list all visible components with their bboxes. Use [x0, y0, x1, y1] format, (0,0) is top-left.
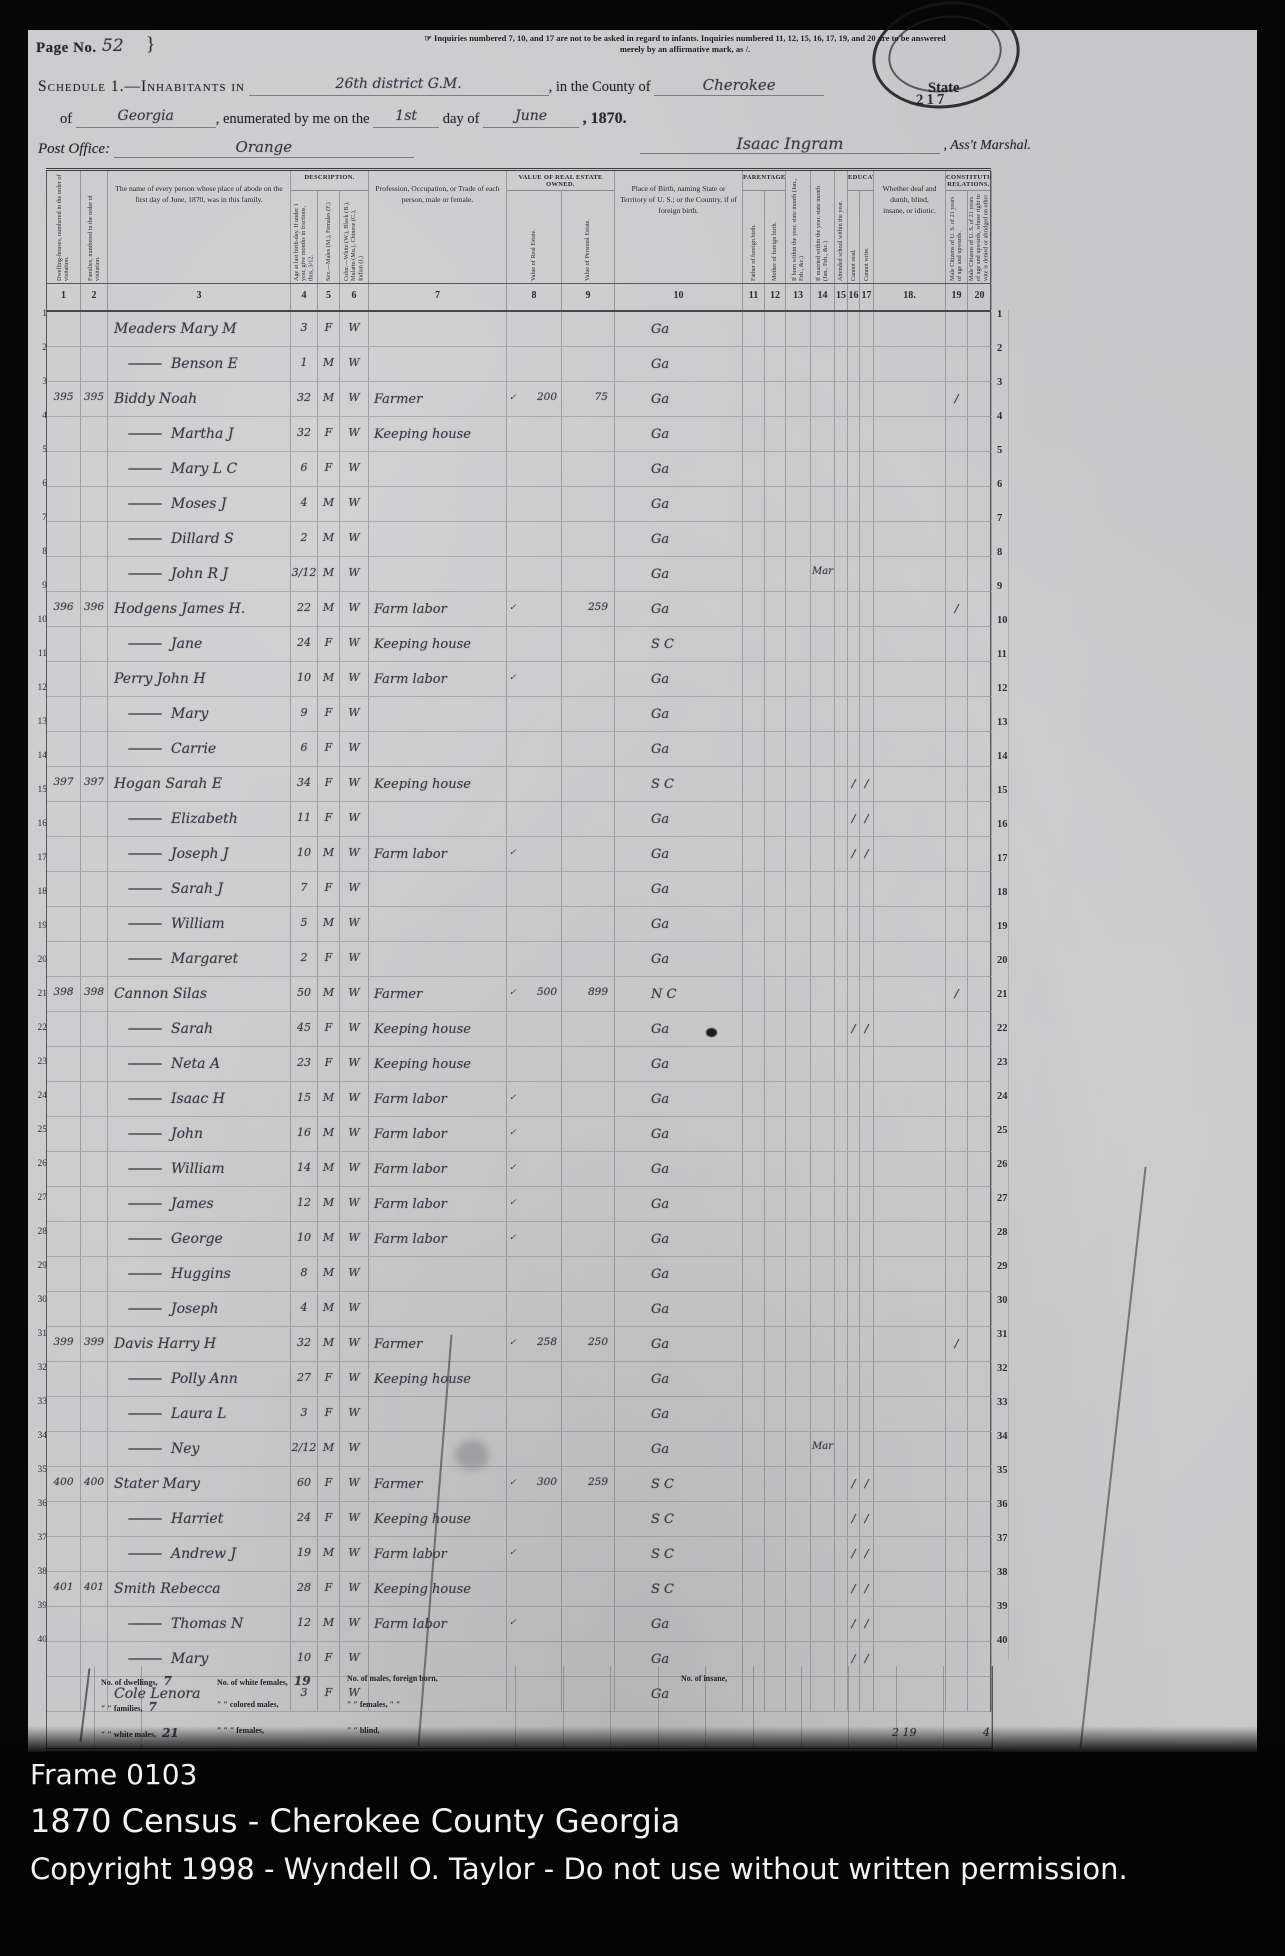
cell-c16 [848, 942, 860, 976]
column-number-13: 13 [786, 284, 811, 310]
cell-fam [81, 942, 108, 976]
cell-sex: M [318, 1117, 340, 1151]
cell-c19 [946, 1012, 968, 1046]
cell-c18 [874, 662, 946, 696]
cell-c18 [874, 487, 946, 521]
cell-pe [562, 417, 615, 451]
cell-c17 [860, 1117, 874, 1151]
cell-c16 [848, 487, 860, 521]
table-row: Benson E1MWGa [47, 347, 990, 382]
cell-c17 [860, 1362, 874, 1396]
ditto-dash [128, 1448, 162, 1450]
cell-value: M [318, 531, 339, 544]
cell-c11 [743, 1607, 765, 1641]
table-row: George10MWFarm labor✓Ga [47, 1222, 990, 1257]
cell-c17 [860, 977, 874, 1011]
cell-occ [369, 312, 507, 346]
check-mark-icon: ✓ [509, 1162, 517, 1173]
cell-value: W [340, 1161, 368, 1174]
cell-birth: S C [615, 1572, 743, 1606]
column-header-1: Dwelling-houses, numbered in the order o… [47, 171, 81, 283]
cell-fam: 399 [81, 1327, 108, 1361]
column-number-row: 123456789101112131415161718.1920 [46, 283, 991, 312]
cell-value: F [318, 426, 339, 439]
cell-value: Ga [651, 1442, 669, 1457]
cell-fam [81, 417, 108, 451]
cell-name: Carrie [108, 732, 291, 766]
person-name: Jane [171, 636, 202, 652]
cell-value: Mar [811, 1441, 834, 1452]
cell-sex: F [318, 872, 340, 906]
cell-occ: Farm labor [369, 1082, 507, 1116]
cell-value: Ga [651, 1337, 669, 1352]
column-header-7: Profession, Occupation, or Trade of each… [369, 171, 507, 283]
cell-c18 [874, 627, 946, 661]
cell-value: Farm labor [374, 1547, 447, 1562]
row-number: 2 [29, 340, 47, 374]
cell-age: 10 [291, 1222, 318, 1256]
column-header-text: Attended school within the year. [837, 173, 844, 281]
cell-value: 16 [291, 1126, 317, 1139]
cell-c12 [765, 1187, 786, 1221]
cell-re [507, 452, 562, 486]
cell-c12 [765, 592, 786, 626]
cell-value: M [318, 1301, 339, 1314]
cell-dw [47, 522, 81, 556]
cell-pe [562, 837, 615, 871]
cell-value: 250 [562, 1336, 614, 1348]
cell-birth: Ga [615, 907, 743, 941]
cell-c15 [835, 382, 848, 416]
cell-c17 [860, 522, 874, 556]
check-mark-icon: ✓ [509, 1092, 517, 1103]
table-row: 395395Biddy Noah32MWFarmer✓20075Ga/ [47, 382, 990, 417]
ditto-dash [128, 503, 162, 505]
cell-value: 3 [291, 321, 317, 334]
ditto-dash [128, 573, 162, 575]
cell-value: W [340, 1546, 368, 1559]
column-header-text: Father of foreign birth. [750, 193, 757, 281]
cell-value: / [848, 776, 859, 790]
check-mark-icon: ✓ [509, 1197, 517, 1208]
ditto-dash [128, 818, 162, 820]
cell-c15 [835, 417, 848, 451]
column-header-text: Age at last birth-day. If under 1 year, … [293, 193, 314, 281]
cell-occ: Keeping house [369, 1362, 507, 1396]
cell-sex: M [318, 1432, 340, 1466]
cell-c11 [743, 1257, 765, 1291]
cell-value: 28 [291, 1581, 317, 1594]
cell-c18 [874, 1537, 946, 1571]
person-name: Smith Rebecca [114, 1581, 221, 1597]
cell-re: ✓ [507, 662, 562, 696]
cell-c19 [946, 1082, 968, 1116]
cell-sex: M [318, 487, 340, 521]
cell-birth: Ga [615, 592, 743, 626]
cell-birth: S C [615, 1467, 743, 1501]
ditto-dash [128, 1273, 162, 1275]
cell-value: M [318, 391, 339, 404]
row-number: 38 [29, 1564, 47, 1598]
cell-value: Farmer [374, 1337, 422, 1352]
person-name: Elizabeth [171, 811, 238, 827]
cell-c19 [946, 732, 968, 766]
totals-label: No. of dwellings, [101, 1678, 157, 1687]
cell-color: W [340, 627, 369, 661]
cell-c15 [835, 907, 848, 941]
cell-c18 [874, 1257, 946, 1291]
person-name: Mary [171, 706, 208, 722]
cell-dw [47, 487, 81, 521]
row-number: 22 [29, 1020, 47, 1054]
cell-occ [369, 522, 507, 556]
cell-value: / [848, 846, 859, 860]
row-number: 19 [29, 918, 47, 952]
cell-c11 [743, 1187, 765, 1221]
column-header-text: Color.—White (W.), Black (B.), Mulatto (… [343, 193, 364, 281]
cell-sex: M [318, 1607, 340, 1641]
person-name: Dillard S [171, 531, 234, 547]
cell-c11 [743, 1467, 765, 1501]
cell-value: 45 [291, 1021, 317, 1034]
cell-c18 [874, 522, 946, 556]
person-name: Mary [171, 1651, 208, 1667]
cell-c19 [946, 417, 968, 451]
photo-left-border [0, 0, 28, 1766]
cell-c16 [848, 1187, 860, 1221]
totals-value: 7 [163, 1674, 171, 1688]
cell-c14 [811, 907, 835, 941]
person-name: Neta A [171, 1056, 220, 1072]
cell-value: Ga [651, 1197, 669, 1212]
cell-value: 10 [291, 671, 317, 684]
cell-pe [562, 1257, 615, 1291]
row-number: 24 [29, 1088, 47, 1122]
cell-value: W [340, 741, 368, 754]
cell-name: Dillard S [108, 522, 291, 556]
cell-c17: / [860, 1502, 874, 1536]
cell-pe [562, 1117, 615, 1151]
cell-c15 [835, 1222, 848, 1256]
cell-value: Farmer [374, 1477, 422, 1492]
cell-sex: F [318, 767, 340, 801]
cell-value: Ga [651, 1057, 669, 1072]
census-table: DESCRIPTION.VALUE OF REAL ESTATE OWNED.P… [46, 168, 991, 1712]
cell-c19 [946, 1257, 968, 1291]
check-mark-icon: ✓ [509, 392, 517, 403]
cell-value: F [318, 461, 339, 474]
month-value: June [515, 108, 547, 124]
person-name: Biddy Noah [114, 391, 197, 407]
cell-value: Keeping house [374, 1582, 471, 1597]
pointing-hand-icon: ☞ [424, 33, 432, 43]
column-header-4: Age at last birth-day. If under 1 year, … [291, 191, 318, 283]
cell-birth: Ga [615, 522, 743, 556]
cell-c16 [848, 907, 860, 941]
cell-value: Ga [651, 1617, 669, 1632]
cell-occ: Farmer [369, 1327, 507, 1361]
cell-value: W [340, 1196, 368, 1209]
cell-dw [47, 662, 81, 696]
cell-pe [562, 1152, 615, 1186]
cell-pe [562, 1502, 615, 1536]
cell-value: F [318, 1406, 339, 1419]
cell-dw [47, 452, 81, 486]
cell-value: F [318, 741, 339, 754]
cell-value: 27 [291, 1371, 317, 1384]
table-row: John R J3/12MWGaMar [47, 557, 990, 592]
cell-c16 [848, 627, 860, 661]
cell-occ [369, 1292, 507, 1326]
cell-occ [369, 732, 507, 766]
cell-value: 2 [291, 951, 317, 964]
column-header-text: Cannot read. [850, 193, 857, 281]
cell-birth: Ga [615, 557, 743, 591]
cell-c19 [946, 1572, 968, 1606]
cell-age: 24 [291, 627, 318, 661]
cell-color: W [340, 732, 369, 766]
cell-age: 9 [291, 697, 318, 731]
ditto-dash [128, 1308, 162, 1310]
cell-c16 [848, 1327, 860, 1361]
table-row: James12MWFarm labor✓Ga [47, 1187, 990, 1222]
cell-c19 [946, 802, 968, 836]
page-number-value: 52 [102, 36, 124, 56]
cell-name: Ney [108, 1432, 291, 1466]
cell-c20 [968, 1502, 992, 1536]
cell-c20 [968, 522, 992, 556]
enumeration-line: of Georgia, enumerated by me on the 1st … [60, 108, 627, 128]
cell-fam [81, 1397, 108, 1431]
cell-c17 [860, 1292, 874, 1326]
cell-c20 [968, 592, 992, 626]
marshal-line: Isaac Ingram , Ass't Marshal. [640, 134, 1031, 154]
cell-c15 [835, 1292, 848, 1326]
cell-value: 60 [291, 1476, 317, 1489]
cell-value: 19 [291, 1546, 317, 1559]
cell-color: W [340, 837, 369, 871]
cell-c18 [874, 1397, 946, 1431]
cell-c18 [874, 1082, 946, 1116]
cell-dw [47, 1292, 81, 1326]
cell-dw [47, 1222, 81, 1256]
table-row: 398398Cannon Silas50MWFarmer✓500899N C/ [47, 977, 990, 1012]
cell-c14 [811, 1257, 835, 1291]
cell-sex: M [318, 1327, 340, 1361]
cell-pe [562, 1047, 615, 1081]
cell-re [507, 1572, 562, 1606]
row-number: 12 [29, 680, 47, 714]
cell-name: Joseph [108, 1292, 291, 1326]
totals-entry: ″ ″ colored males, [217, 1700, 279, 1709]
cell-pe [562, 487, 615, 521]
cell-c12 [765, 1222, 786, 1256]
cell-value: W [340, 566, 368, 579]
cell-value: N C [651, 987, 676, 1002]
cell-fam [81, 347, 108, 381]
cell-c11 [743, 907, 765, 941]
cell-birth: S C [615, 1537, 743, 1571]
cell-pe [562, 1082, 615, 1116]
cell-c16: / [848, 1467, 860, 1501]
cell-occ: Keeping house [369, 1012, 507, 1046]
cell-dw [47, 802, 81, 836]
cell-value: M [318, 916, 339, 929]
totals-label: No. of insane, [681, 1674, 727, 1683]
cell-value: M [318, 566, 339, 579]
cell-value: 15 [291, 1091, 317, 1104]
cell-name: James [108, 1187, 291, 1221]
cell-pe [562, 452, 615, 486]
cell-color: W [340, 1327, 369, 1361]
county-label: , in the County of [549, 79, 651, 95]
cell-name: Perry John H [108, 662, 291, 696]
cell-c20 [968, 417, 992, 451]
cell-value: 11 [291, 811, 317, 824]
cell-pe [562, 872, 615, 906]
cell-value: S C [651, 637, 674, 652]
cell-c19 [946, 347, 968, 381]
cell-occ: Farm labor [369, 1117, 507, 1151]
cell-fam [81, 1362, 108, 1396]
cell-c11 [743, 767, 765, 801]
cell-dw [47, 557, 81, 591]
table-row: Mary9FWGa [47, 697, 990, 732]
cell-c12 [765, 487, 786, 521]
cell-fam: 401 [81, 1572, 108, 1606]
cell-name: Martha J [108, 417, 291, 451]
cell-sex: F [318, 942, 340, 976]
cell-c13 [786, 452, 811, 486]
cell-value: 399 [81, 1336, 107, 1348]
cell-value: M [318, 1266, 339, 1279]
row-number: 30 [29, 1292, 47, 1326]
cell-c14 [811, 977, 835, 1011]
real-estate-value: 300 [537, 1476, 557, 1488]
row-number: 34 [29, 1428, 47, 1462]
cell-value: W [340, 1441, 368, 1454]
table-row: Moses J4MWGa [47, 487, 990, 522]
cell-c16 [848, 1362, 860, 1396]
column-header-text: Value of Real Estate. [530, 193, 537, 281]
cell-c14 [811, 767, 835, 801]
column-number-14: 14 [811, 284, 835, 310]
cell-c20 [968, 942, 992, 976]
cell-fam [81, 627, 108, 661]
cell-value: Farm labor [374, 1162, 447, 1177]
cell-c17: / [860, 767, 874, 801]
cell-sex: M [318, 1292, 340, 1326]
cell-c14 [811, 627, 835, 661]
cell-c12 [765, 1327, 786, 1361]
cell-c12 [765, 1607, 786, 1641]
group-header: DESCRIPTION. [291, 171, 369, 191]
cell-c16 [848, 452, 860, 486]
cell-birth: Ga [615, 1607, 743, 1641]
cell-color: W [340, 977, 369, 1011]
cell-value: 12 [291, 1616, 317, 1629]
column-number-18: 18. [874, 284, 946, 310]
row-number: 18 [29, 884, 47, 918]
cell-c16 [848, 1432, 860, 1466]
cell-value: Ga [651, 1127, 669, 1142]
cell-c17 [860, 1327, 874, 1361]
cell-fam: 397 [81, 767, 108, 801]
cell-value: F [318, 1651, 339, 1664]
cell-value: / [860, 1476, 873, 1490]
cell-name: John [108, 1117, 291, 1151]
cell-c13 [786, 1292, 811, 1326]
cell-value: 398 [81, 986, 107, 998]
cell-c13 [786, 1572, 811, 1606]
column-header-9: Value of Personal Estate. [562, 191, 615, 283]
cell-c13 [786, 1257, 811, 1291]
cell-c14 [811, 347, 835, 381]
cell-c17 [860, 487, 874, 521]
cell-fam [81, 1257, 108, 1291]
column-number-6: 6 [340, 284, 369, 310]
cell-c17: / [860, 1467, 874, 1501]
person-name: William [171, 1161, 225, 1177]
cell-c13 [786, 1537, 811, 1571]
cell-occ [369, 802, 507, 836]
cell-c13 [786, 1012, 811, 1046]
cell-c16 [848, 557, 860, 591]
cell-value: Farm labor [374, 847, 447, 862]
cell-c14 [811, 522, 835, 556]
cell-c20 [968, 1327, 992, 1361]
cell-value: / [860, 1021, 873, 1035]
cell-value: Ga [651, 1407, 669, 1422]
cell-color: W [340, 487, 369, 521]
cell-pe [562, 802, 615, 836]
cell-value: Ga [651, 1302, 669, 1317]
cell-age: 10 [291, 837, 318, 871]
cell-c13 [786, 1047, 811, 1081]
row-number: 5 [29, 442, 47, 476]
cell-c16 [848, 1082, 860, 1116]
cell-value: W [340, 706, 368, 719]
cell-value: W [340, 461, 368, 474]
cell-c11 [743, 1362, 765, 1396]
cell-value: 259 [562, 1476, 614, 1488]
cell-age: 3 [291, 312, 318, 346]
cell-occ: Farm labor [369, 1607, 507, 1641]
page-number-label: Page No. [36, 40, 97, 57]
cell-value: M [318, 986, 339, 999]
cell-c14 [811, 1362, 835, 1396]
cell-c18 [874, 1187, 946, 1221]
cell-re [507, 942, 562, 976]
cell-c16 [848, 347, 860, 381]
cell-age: 22 [291, 592, 318, 626]
cell-color: W [340, 1152, 369, 1186]
cell-color: W [340, 1432, 369, 1466]
cell-c16 [848, 1397, 860, 1431]
column-header-text: If born within the year, state month (Ja… [791, 173, 805, 281]
cell-age: 34 [291, 767, 318, 801]
column-number-20: 20 [968, 284, 992, 310]
cell-value: 75 [562, 391, 614, 403]
cell-c20 [968, 1292, 992, 1326]
person-name: Harriet [171, 1511, 223, 1527]
cell-c15 [835, 1537, 848, 1571]
cell-value: Farm labor [374, 1197, 447, 1212]
cell-c17: / [860, 802, 874, 836]
column-number-1: 1 [47, 284, 81, 310]
cell-occ [369, 697, 507, 731]
cell-c12 [765, 1432, 786, 1466]
